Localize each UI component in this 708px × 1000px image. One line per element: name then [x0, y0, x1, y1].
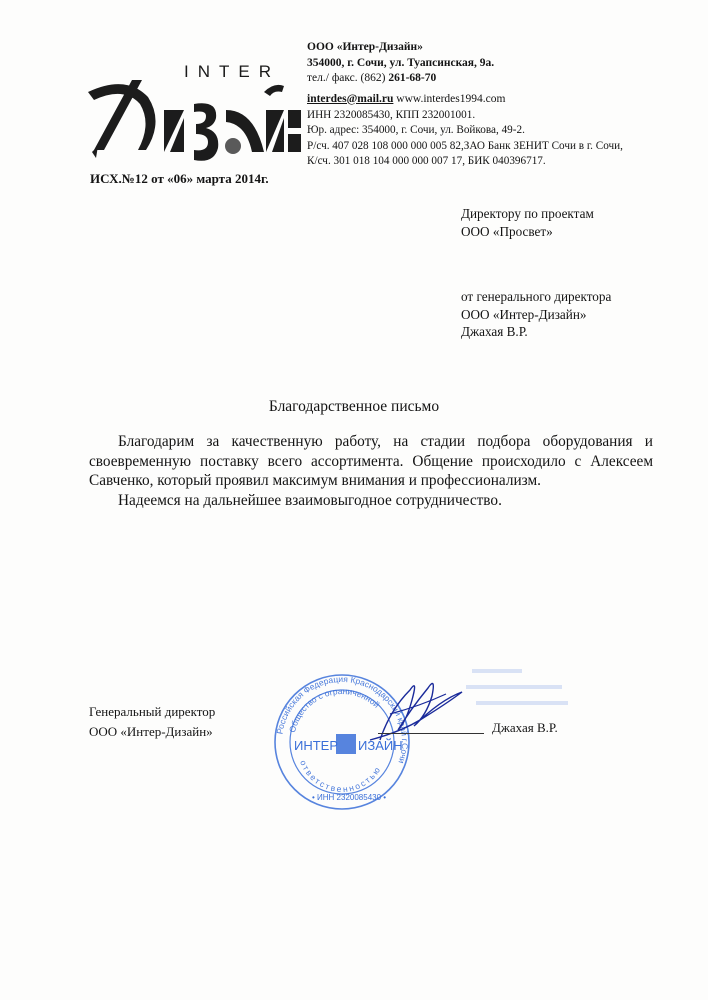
signatory-position: Генеральный директор	[89, 702, 215, 722]
sender-line: Джахая В.Р.	[461, 323, 611, 341]
company-address: 354000, г. Сочи, ул. Туапсинская, 9а.	[307, 56, 505, 72]
signatory-name: Джахая В.Р.	[492, 720, 558, 736]
requisite-line: Юр. адрес: 354000, г. Сочи, ул. Войкова,…	[307, 123, 623, 138]
handwritten-signature	[350, 670, 480, 750]
addressee-block: Директору по проектам ООО «Просвет»	[461, 205, 594, 240]
sender-line: от генерального директора	[461, 288, 611, 306]
addressee-line: Директору по проектам	[461, 205, 594, 223]
body-paragraph: Надеемся на дальнейшее взаимовыгодное со…	[89, 491, 653, 511]
letter-title: Благодарственное письмо	[0, 398, 708, 416]
company-contacts: ООО «Интер-Дизайн» 354000, г. Сочи, ул. …	[307, 40, 505, 107]
body-paragraph: Благодарим за качественную работу, на ст…	[89, 432, 653, 491]
requisite-line: К/сч. 301 018 104 000 000 007 17, БИК 04…	[307, 154, 623, 169]
company-website[interactable]: www.interdes1994.com	[396, 93, 505, 105]
signatory-company: ООО «Интер-Дизайн»	[89, 722, 215, 742]
requisite-line: ИНН 2320085430, КПП 232001001.	[307, 108, 623, 123]
svg-text:ответственностью: ответственностью	[298, 759, 383, 795]
outgoing-reference: ИСХ.№12 от «06» марта 2014г.	[90, 171, 269, 187]
requisite-line: Р/сч. 407 028 108 000 000 005 82,ЗАО Бан…	[307, 139, 623, 154]
company-requisites: ИНН 2320085430, КПП 232001001. Юр. адрес…	[307, 108, 623, 169]
company-logo: INTER	[86, 52, 301, 162]
company-name: ООО «Интер-Дизайн»	[307, 40, 505, 56]
letter-body: Благодарим за качественную работу, на ст…	[89, 432, 653, 510]
phone-number: 261-68-70	[388, 72, 436, 84]
company-web: interdes@mail.ru www.interdes1994.com	[307, 92, 505, 108]
company-phone: тел./ факс. (862) 261-68-70	[307, 71, 505, 87]
inter-design-logo-icon	[86, 52, 301, 162]
company-email[interactable]: interdes@mail.ru	[307, 93, 393, 105]
sender-line: ООО «Интер-Дизайн»	[461, 306, 611, 324]
svg-text:• ИНН 2320085430 •: • ИНН 2320085430 •	[312, 793, 386, 802]
svg-text:ИНТЕР: ИНТЕР	[294, 738, 338, 753]
sender-block: от генерального директора ООО «Интер-Диз…	[461, 288, 611, 341]
addressee-line: ООО «Просвет»	[461, 223, 594, 241]
signatory-block: Генеральный директор ООО «Интер-Дизайн»	[89, 702, 215, 741]
signature-line	[378, 733, 484, 734]
phone-label: тел./ факс. (862)	[307, 72, 388, 84]
